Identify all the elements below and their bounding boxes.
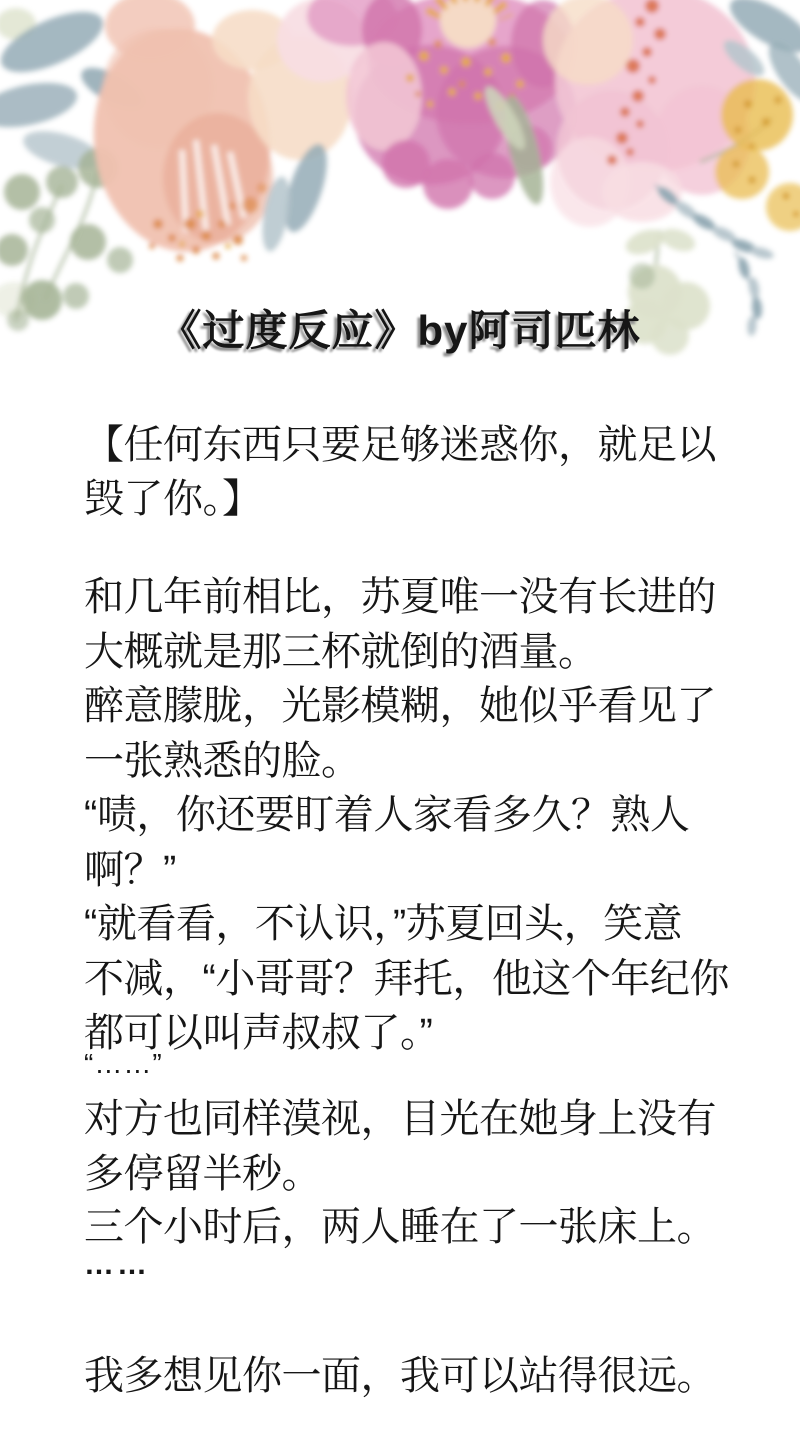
text-line: “就看看，不认识，”苏夏回头，笑意 bbox=[84, 900, 682, 948]
text-line: 不减，“小哥哥？拜托，他这个年纪你 bbox=[84, 955, 729, 1003]
text-line: 对方也同样漠视，目光在她身上没有 bbox=[84, 1095, 716, 1143]
text-line: 大概就是那三杯就倒的酒量。 bbox=[84, 628, 598, 676]
text-line: 和几年前相比，苏夏唯一没有长进的 bbox=[84, 573, 716, 621]
text-line: …… bbox=[84, 1246, 150, 1284]
text-line: 醉意朦胧，光影模糊，她似乎看见了 bbox=[84, 682, 716, 730]
story-text: 【任何东西只要足够迷惑你，就足以毁了你。】和几年前相比，苏夏唯一没有长进的大概就… bbox=[0, 0, 800, 1454]
text-line: 毁了你。】 bbox=[84, 475, 262, 523]
text-line: “……” bbox=[84, 1046, 163, 1082]
text-line: 三个小时后，两人睡在了一张床上。 bbox=[84, 1203, 716, 1251]
text-line: 啊？” bbox=[84, 846, 176, 894]
text-line: “啧，你还要盯着人家看多久？熟人 bbox=[84, 791, 689, 839]
text-line: 【任何东西只要足够迷惑你，就足以 bbox=[84, 421, 716, 469]
text-line: 多停留半秒。 bbox=[84, 1150, 321, 1198]
text-line: 我多想见你一面，我可以站得很远。 bbox=[84, 1352, 716, 1400]
text-line: 一张熟悉的脸。 bbox=[84, 737, 361, 785]
